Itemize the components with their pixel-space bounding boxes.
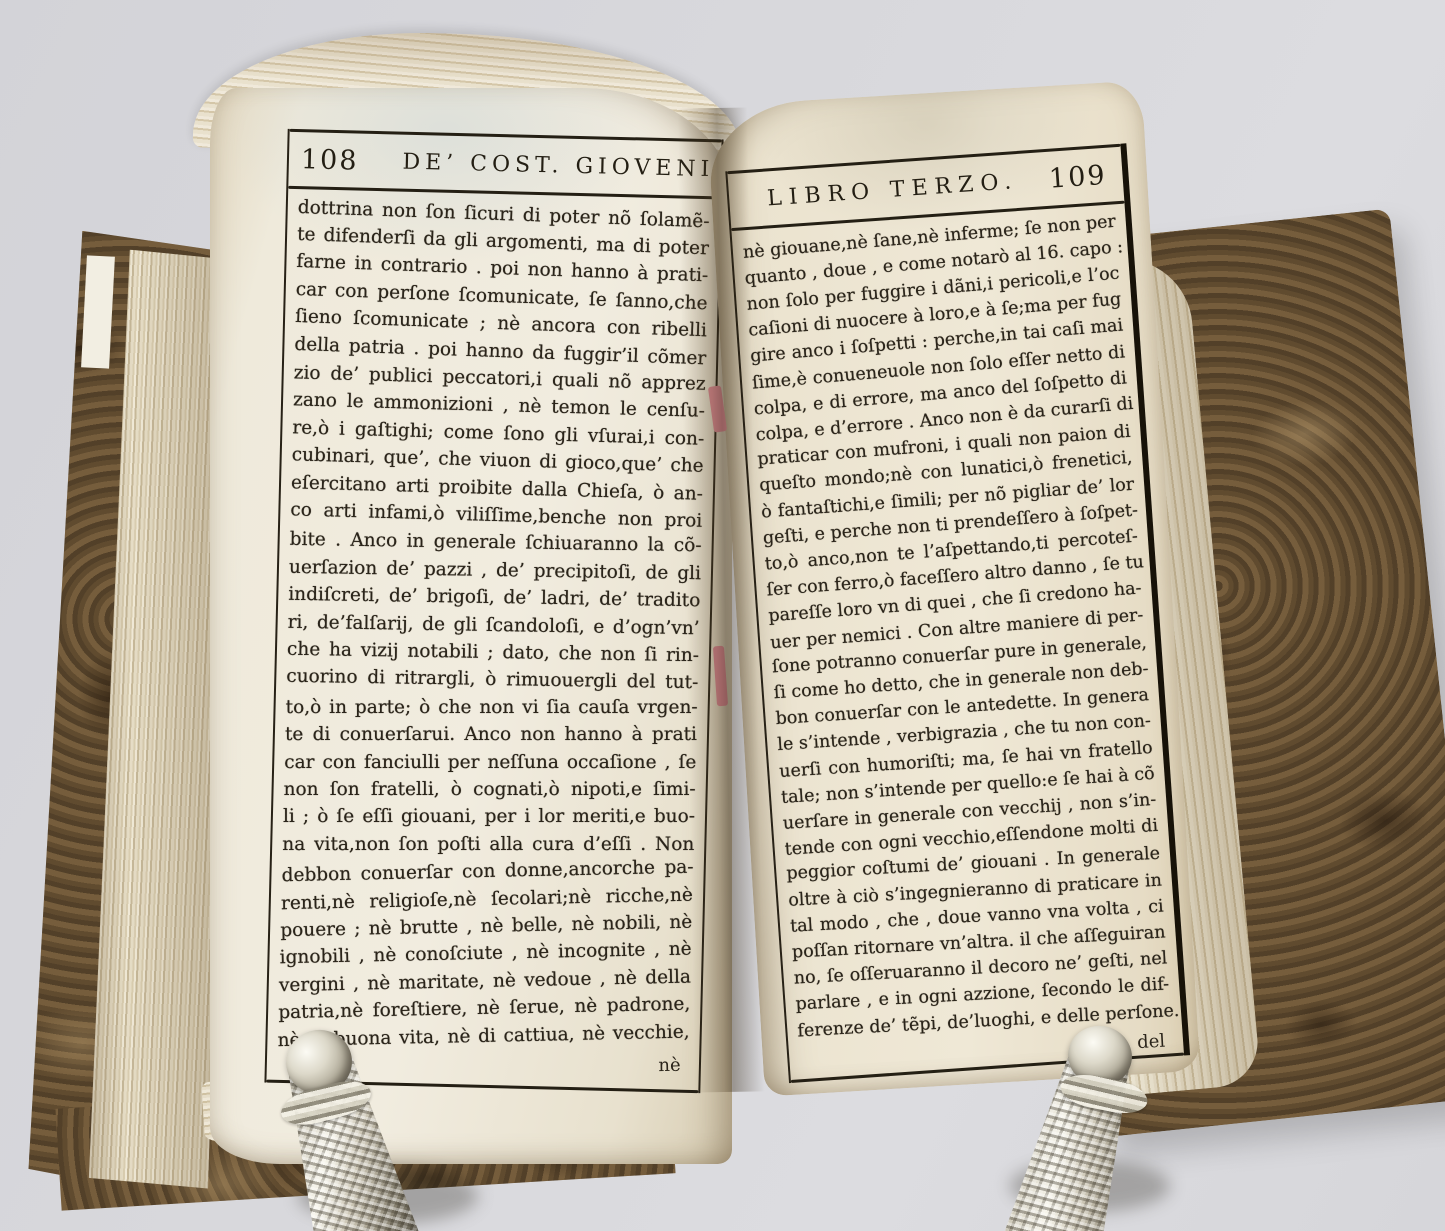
book-photo: 108 DE’ COST. GIOVENILI dottrina non ſon… — [0, 0, 1445, 1231]
left-page-text: dottrina non ſon ſicuri di poter nõ ſola… — [267, 188, 720, 1064]
left-page-number: 108 — [301, 144, 359, 176]
text-line: car con fanciulli per neſſuna occaſione … — [284, 749, 696, 776]
right-page: LIBRO TERZO. 109 nè giouane,nè ſane,nè i… — [706, 80, 1200, 1096]
text-line: te di conuerſarui. Anco non hanno à prat… — [285, 721, 697, 748]
right-running-title: LIBRO TERZO. — [766, 168, 1019, 210]
right-page-number: 109 — [1048, 159, 1108, 194]
left-text-frame: 108 DE’ COST. GIOVENILI dottrina non ſon… — [264, 129, 723, 1093]
right-page-text: nè giouane,nè ſane,nè inferme; ſe non pe… — [731, 203, 1182, 1054]
right-text-frame: LIBRO TERZO. 109 nè giouane,nè ſane,nè i… — [725, 143, 1190, 1083]
endpaper-sliver — [81, 255, 115, 368]
text-line: cuorino di ritrargli, ò rimuouergli del … — [286, 663, 698, 697]
text-line: li ; ò ſe eſſi giouani, per i lor meriti… — [283, 803, 695, 830]
text-line: non ſon fratelli, ò cognati,ò nipoti,e ſ… — [284, 776, 696, 803]
text-line: to,ò in parte; ò che non vi ſia cauſa vr… — [286, 694, 698, 721]
left-page: 108 DE’ COST. GIOVENILI dottrina non ſon… — [210, 88, 732, 1164]
